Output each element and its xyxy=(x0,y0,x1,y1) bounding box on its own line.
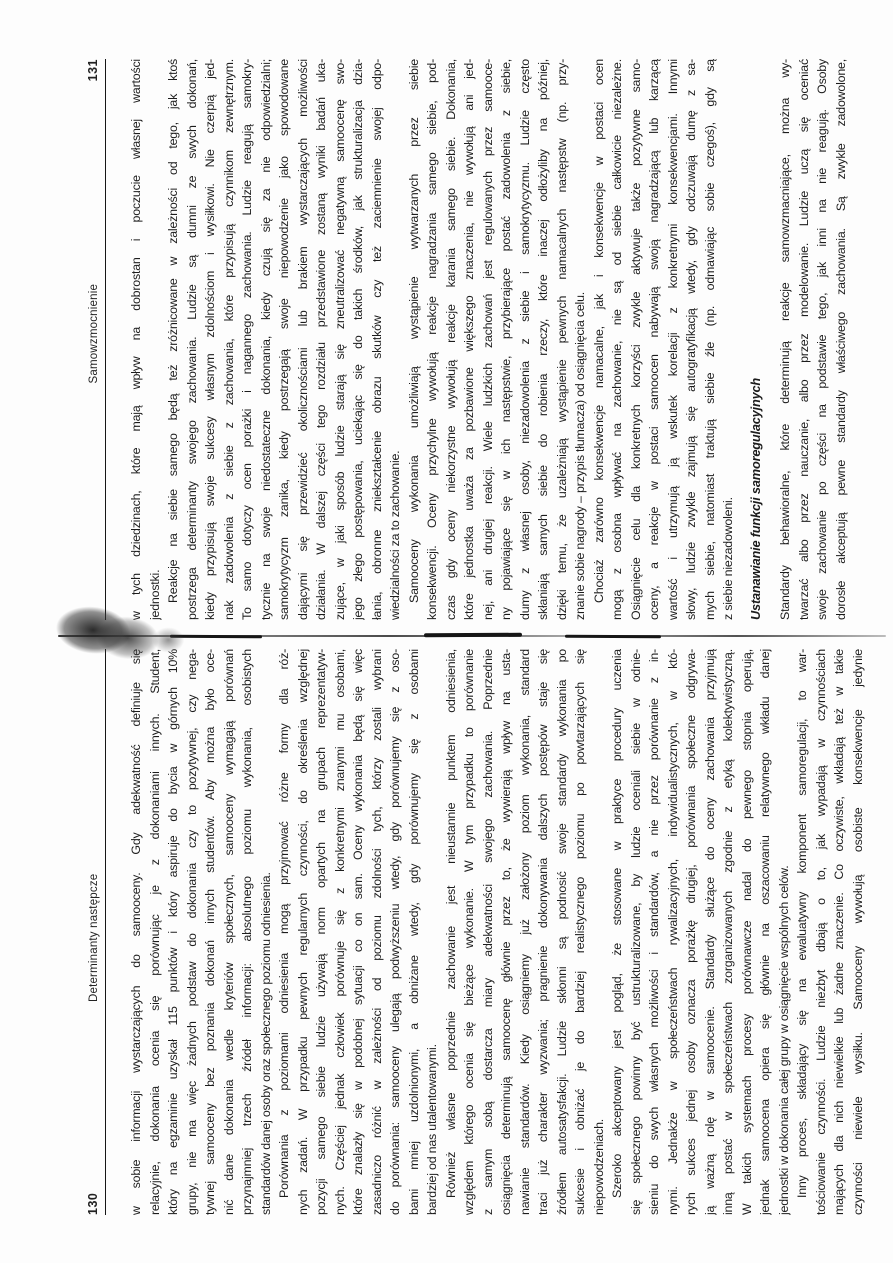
page-number: 130 xyxy=(86,1193,100,1215)
text-line: które znalazły się w podobnej sytuacji c… xyxy=(349,649,368,1215)
text-line: czynności niewiele wysiłku. Samooceny wy… xyxy=(849,649,868,1215)
text-line: ją ważną rolę w samoocenie. Standardy sł… xyxy=(701,649,720,1215)
text-line: To samo dotyczy ocen porażki i nagannego… xyxy=(238,59,257,620)
text-line: wiedzialności za to zachowanie. xyxy=(386,59,405,620)
text-line: mogą z osobna wpływać na zachowanie, nie… xyxy=(608,59,627,620)
text-line: Standardy behawioralne, które determinuj… xyxy=(776,59,795,620)
text-line: znanie sobie nagrody – przypis tłumacza)… xyxy=(571,59,590,620)
text-line: dorosłe akceptują pewne standardy właści… xyxy=(832,59,851,620)
text-line: pozycji samego siebie ludzie używają nor… xyxy=(312,649,331,1215)
scan-artifact-blob-tail xyxy=(150,623,196,657)
text-line: nak zadowolenia z siebie z zachowania, k… xyxy=(220,59,239,620)
text-line: dającymi się przewidzieć okolicznościami… xyxy=(294,59,313,620)
text-line: nych zadań. W przypadku pewnych regularn… xyxy=(294,649,313,1215)
page-130-header: 130 Determinanty następcze xyxy=(86,649,102,1215)
text-line: samokrytycyzm zanika, kiedy postrzegają … xyxy=(275,59,294,620)
text-line: nymi. Jednakże w społeczeństwach rywaliz… xyxy=(664,649,683,1215)
page-130-body: w sobie informacji wystarczających do sa… xyxy=(127,649,867,1215)
text-line: z samym sobą dostarcza miary adekwatnośc… xyxy=(479,649,498,1215)
text-line: sukcesie i obniżać je do bardziej realis… xyxy=(571,649,590,1215)
header-rule xyxy=(105,649,106,1215)
text-line: do porównania: samooceny ulegają podwyżs… xyxy=(386,649,405,1215)
text-line: nić dane dokonania wedle kryteriów społe… xyxy=(220,649,239,1215)
text-line: sieniu do swych własnych możliwości i st… xyxy=(645,649,664,1215)
text-line: łania, obronne zniekształcenie obrazu sk… xyxy=(368,59,387,620)
text-line: tywnej samooceny bez poznania dokonań in… xyxy=(201,649,220,1215)
text-line: względem którego ocenia się bieżące wyko… xyxy=(460,649,479,1215)
text-line: z siebie niezadowoleni. xyxy=(719,59,738,620)
text-line: oceny, a reakcje w postaci samoocen naby… xyxy=(645,59,664,620)
text-line: bami mniej uzdolnionymi, a obniżane wted… xyxy=(405,649,424,1215)
gutter-shadow-segment xyxy=(424,633,522,638)
text-line: twarzać albo przez nauczanie, albo przez… xyxy=(795,59,814,620)
text-line: nej, ani drugiej reakcji. Wiele ludzkich… xyxy=(479,59,498,620)
text-line: inną postać w społeczeństwach zorganizow… xyxy=(719,649,738,1215)
text-line: źródłem autosatysfakcji. Ludzie skłonni … xyxy=(553,649,572,1215)
text-line: które jednostka uważa za pozbawione więk… xyxy=(460,59,479,620)
text-line: nych. Częściej jednak człowiek porównuje… xyxy=(331,649,350,1215)
running-head: Samowzmocnienie xyxy=(88,81,100,586)
text-line: standardów danej osoby oraz społecznego … xyxy=(257,649,276,1215)
text-line: niepowodzeniach. xyxy=(590,649,609,1215)
text-line: się społecznego powinny być ustrukturali… xyxy=(627,649,646,1215)
text-line: Porównania z poziomami odniesienia mogą … xyxy=(275,649,294,1215)
text-line: W takich systemach procesy porównawcze n… xyxy=(738,649,757,1215)
text-line: dumy z własnej osoby, niezadowolenia z s… xyxy=(516,59,535,620)
text-line: czas gdy oceny niekorzystne wywołują rea… xyxy=(442,59,461,620)
text-line: skłaniają samych siebie do robienia rzec… xyxy=(534,59,553,620)
text-line: rych sukces jednej osoby oznacza porażkę… xyxy=(682,649,701,1215)
text-line: Reakcje na siebie samego będą też zróżni… xyxy=(164,59,183,620)
text-line: ny pojawiające się w ich następstwie, pr… xyxy=(497,59,516,620)
page-130: 130 Determinanty następcze w sobie infor… xyxy=(86,649,867,1215)
text-line: Chociaż zarówno konsekwencje namacalne, … xyxy=(590,59,609,620)
text-line: kiedy przypisują swoje sukcesy własnym z… xyxy=(201,59,220,620)
text-line: swoje zachowanie po części na podstawie … xyxy=(813,59,832,620)
text-line: Inny proces, składający się na ewaluatyw… xyxy=(793,649,812,1215)
text-line: nawianie standardów. Kiedy osiągniemy ju… xyxy=(516,649,535,1215)
text-line: Samooceny wykonania umożliwiają wystąpie… xyxy=(405,59,424,620)
text-line: jednostki. xyxy=(146,59,165,620)
text-line: działania. W dalszej części tego rozdzia… xyxy=(312,59,331,620)
text-line: Osiągnięcie celu dla konkretnych korzyśc… xyxy=(627,59,646,620)
gutter-shadow-segment xyxy=(565,635,661,639)
text-line: konsekwencji. Oceny przychylne wywołują … xyxy=(423,59,442,620)
page-131: Samowzmocnienie 131 w tych dziedzinach, … xyxy=(86,59,850,620)
text-line: przynajmniej trzech źródeł informacji: a… xyxy=(238,649,257,1215)
text-line: bardziej od nas utalentowanymi. xyxy=(423,649,442,1215)
book-scan-spread: 130 Determinanty następcze w sobie infor… xyxy=(0,0,893,1263)
text-line: osiągnięcia determinują samoocenę główni… xyxy=(497,649,516,1215)
text-line: tościowanie czynności. Ludzie niezbyt db… xyxy=(812,649,831,1215)
text-line: relacyjnie, dokonania ocenia się porównu… xyxy=(146,649,165,1215)
running-head: Determinanty następcze xyxy=(88,683,100,1193)
text-line: zasadniczo różnić w zależności od poziom… xyxy=(368,649,387,1215)
text-line: tycznie na swoje niedostateczne dokonani… xyxy=(257,59,276,620)
text-line: postrzega determinanty swojego zachowani… xyxy=(183,59,202,620)
text-line: wartość i utrzymują ją wskutek korelacji… xyxy=(664,59,683,620)
text-line: w sobie informacji wystarczających do sa… xyxy=(127,649,146,1215)
text-line: zujące, w jaki sposób ludzie starają się… xyxy=(331,59,350,620)
text-line: jednostki w dokonania całej grupy w osią… xyxy=(775,649,794,1215)
text-line: Również własne poprzednie zachowanie jes… xyxy=(442,649,461,1215)
text-line: w tych dziedzinach, które mają wpływ na … xyxy=(127,59,146,620)
page-131-body: w tych dziedzinach, które mają wpływ na … xyxy=(127,59,850,620)
text-line: Szeroko akceptowany jest pogląd, że stos… xyxy=(608,649,627,1215)
text-line: mających dla nich niewielkie lub żadne z… xyxy=(830,649,849,1215)
page-number: 131 xyxy=(86,59,100,81)
page-131-header: Samowzmocnienie 131 xyxy=(86,59,102,620)
text-line: jednak samoocena opiera się głównie na o… xyxy=(756,649,775,1215)
text-line: dzięki temu, że uzależniają wystąpienie … xyxy=(553,59,572,620)
text-line: który na egzaminie uzyskał 115 punktów i… xyxy=(164,649,183,1215)
text-line: traci już charakter wyzwania; pragnienie… xyxy=(534,649,553,1215)
text-line: mych siebie, natomiast traktują siebie ź… xyxy=(701,59,720,620)
section-heading: Ustanawianie funkcji samoregulacyjnych xyxy=(747,59,766,620)
text-line: grupy, nie ma więc żadnych podstaw do do… xyxy=(183,649,202,1215)
header-rule xyxy=(105,59,106,620)
text-line: jego złego postępowania, uciekając się d… xyxy=(349,59,368,620)
text-line: słowy, ludzie zwykle zajmują się autogra… xyxy=(682,59,701,620)
